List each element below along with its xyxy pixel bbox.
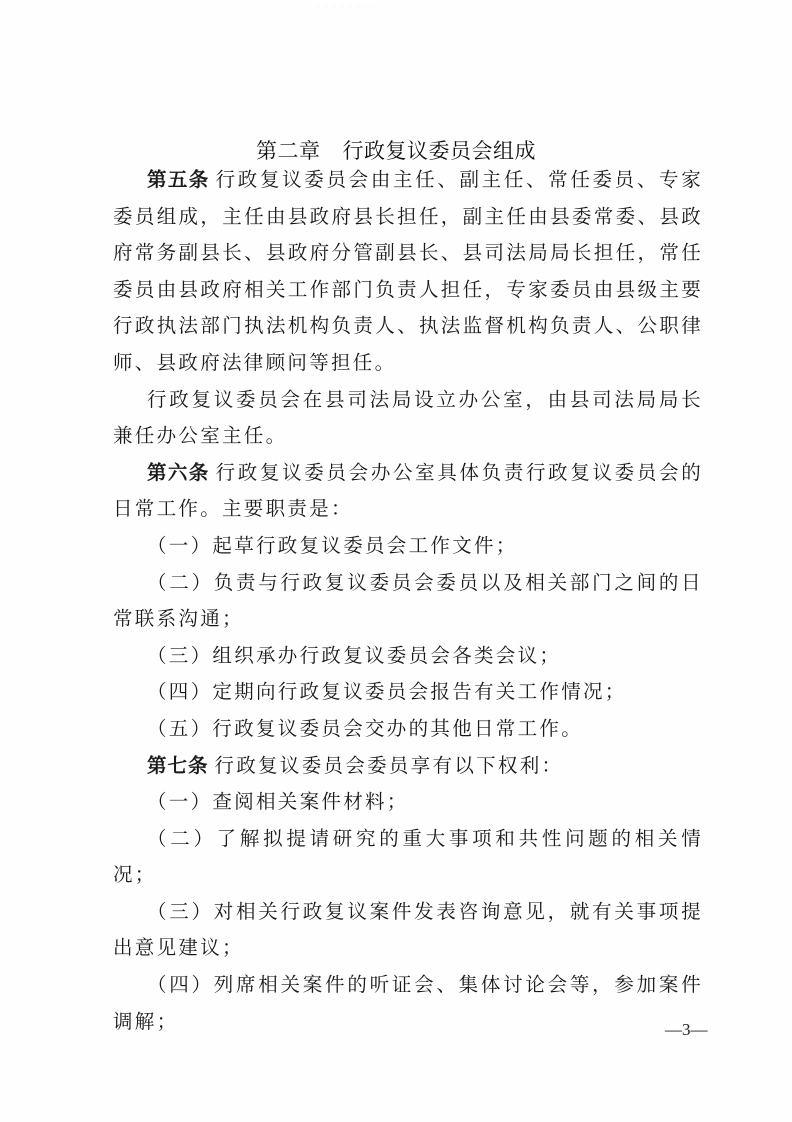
article-6-item: （二）负责与行政复议委员会委员以及相关部门之间的日常联系沟通； xyxy=(113,565,703,638)
article-label: 第五条 xyxy=(147,168,210,191)
paragraph-text: 行政复议委员会在县司法局设立办公室，由县司法局局长兼任办公室主任。 xyxy=(113,388,703,448)
article-text: 行政复议委员会由主任、副主任、常任委员、专家委员组成，主任由县政府县长担任，副主… xyxy=(113,168,703,374)
document-page: · · · · · · · · 第二章行政复议委员会组成 第五条行政复议委员会由… xyxy=(0,0,792,1122)
chapter-number: 第二章 xyxy=(256,139,321,163)
article-6-item: （四）定期向行政复议委员会报告有关工作情况； xyxy=(113,674,703,711)
page-number: —3— xyxy=(665,1020,708,1040)
office-paragraph: 行政复议委员会在县司法局设立办公室，由县司法局局长兼任办公室主任。 xyxy=(113,382,703,455)
document-body: 第五条行政复议委员会由主任、副主任、常任委员、专家委员组成，主任由县政府县长担任… xyxy=(113,162,703,1040)
scan-artifact: · · · · · · · · xyxy=(318,4,448,12)
article-text: 行政复议委员会委员享有以下权利： xyxy=(215,754,564,777)
chapter-name: 行政复议委员会组成 xyxy=(343,139,537,163)
article-6-item: （一）起草行政复议委员会工作文件； xyxy=(113,528,703,565)
article-7-item: （四）列席相关案件的听证会、集体讨论会等，参加案件调解； xyxy=(113,967,703,1040)
article-7-item: （三）对相关行政复议案件发表咨询意见，就有关事项提出意见建议； xyxy=(113,894,703,967)
article-6-paragraph: 第六条行政复议委员会办公室具体负责行政复议委员会的日常工作。主要职责是： xyxy=(113,455,703,528)
article-7-item: （二）了解拟提请研究的重大事项和共性问题的相关情况； xyxy=(113,821,703,894)
article-7-item: （一）查阅相关案件材料； xyxy=(113,784,703,821)
article-7-paragraph: 第七条行政复议委员会委员享有以下权利： xyxy=(113,748,703,785)
article-label: 第七条 xyxy=(147,754,209,777)
article-6-item: （三）组织承办行政复议委员会各类会议； xyxy=(113,638,703,675)
chapter-title: 第二章行政复议委员会组成 xyxy=(0,135,792,165)
article-label: 第六条 xyxy=(147,461,210,484)
article-6-item: （五）行政复议委员会交办的其他日常工作。 xyxy=(113,711,703,748)
article-5-paragraph: 第五条行政复议委员会由主任、副主任、常任委员、专家委员组成，主任由县政府县长担任… xyxy=(113,162,703,382)
